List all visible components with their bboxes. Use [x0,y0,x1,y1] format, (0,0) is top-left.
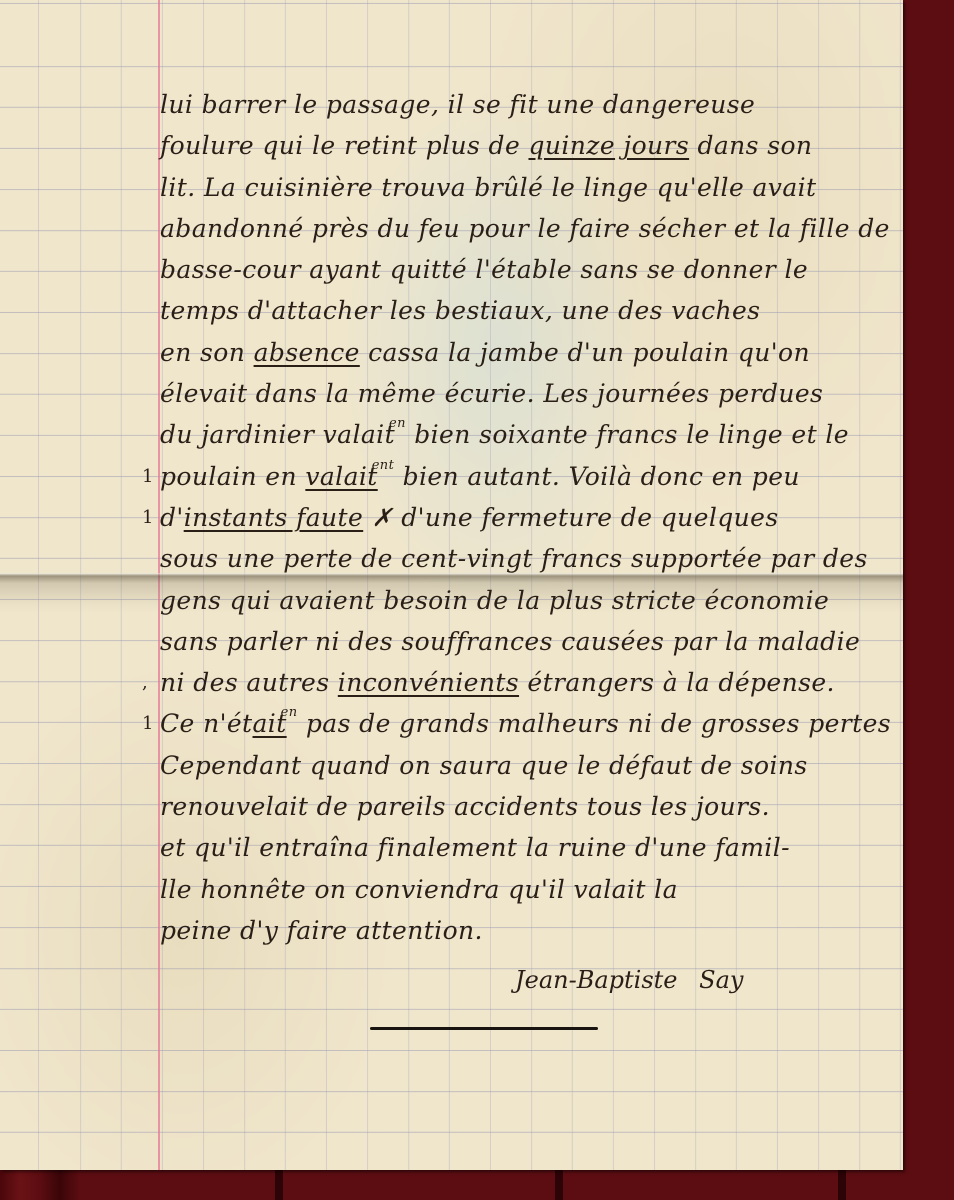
margin-mark: , [142,662,148,703]
line-text: ni des autres [160,668,338,697]
underlined-word: quinze [528,131,615,160]
text-line-10: 1poulain en valaitent bien autant. Voilà… [160,456,900,497]
background-shadow-band [275,1170,283,1200]
closing-rule-line [370,1027,598,1030]
text-line-9: du jardinier valaiten bien soixante fran… [160,414,900,455]
superscript-correction: en [389,416,406,431]
text-line-5: basse-cour ayant quitté l'étable sans se… [160,249,900,290]
background-shadow-band [838,1170,846,1200]
text-line-18: renouvelait de pareils accidents tous le… [160,786,900,827]
line-text: Cependant quand on saura que le défaut d… [160,751,808,780]
line-text: d' [160,503,184,532]
line-text: temps d'attacher les bestiaux, une des v… [160,296,760,325]
text-line-2: foulure qui le retint plus de quinze jou… [160,125,900,166]
underlined-word: inconvénients [338,668,519,697]
text-line-21: peine d'y faire attention. [160,910,900,951]
line-text: poulain en [160,462,305,491]
background-shadow-band [555,1170,563,1200]
text-line-4: abandonné près du feu pour le faire séch… [160,208,900,249]
line-text: élevait dans la même écurie. Les journée… [160,379,823,408]
line-text: ✗ d'une fermeture de quelques [363,503,778,532]
line-text: bien soixante francs le linge et le [406,420,849,449]
line-text: peine d'y faire attention. [160,916,483,945]
notebook-page: lui barrer le passage, il se fit une dan… [0,0,903,1170]
line-text: bien autant. Voilà donc en peu [394,462,800,491]
author-signature: Jean-Baptiste Say [515,966,743,994]
text-line-16: 1Ce n'étaiten pas de grands malheurs ni … [160,703,900,744]
text-line-8: élevait dans la même écurie. Les journée… [160,373,900,414]
line-text: renouvelait de pareils accidents tous le… [160,792,770,821]
text-line-1: lui barrer le passage, il se fit une dan… [160,84,900,125]
underlined-word: instants faute [184,503,364,532]
line-text: pas de grands malheurs ni de grosses per… [298,709,892,738]
margin-mark: 1 [142,456,154,497]
margin-mark: 1 [142,497,154,538]
line-text: basse-cour ayant quitté l'étable sans se… [160,255,808,284]
line-text: et qu'il entraîna finalement la ruine d'… [160,833,790,862]
margin-mark: 1 [142,703,154,744]
line-text: lit. La cuisinière trouva brûlé le linge… [160,173,816,202]
text-line-14: sans parler ni des souffrances causées p… [160,621,900,662]
text-line-13: gens qui avaient besoin de la plus stric… [160,580,900,621]
line-text: lui barrer le passage, il se fit une dan… [160,90,755,119]
text-line-15: ,ni des autres inconvénients étrangers à… [160,662,900,703]
superscript-correction: ent [372,458,395,473]
text-line-3: lit. La cuisinière trouva brûlé le linge… [160,167,900,208]
underlined-word: valait [305,462,377,491]
line-text: sans parler ni des souffrances causées p… [160,627,860,656]
text-line-20: lle honnête on conviendra qu'il valait l… [160,869,900,910]
line-text: sous une perte de cent-vingt francs supp… [160,544,868,573]
handwritten-text: lui barrer le passage, il se fit une dan… [160,84,900,951]
text-line-6: temps d'attacher les bestiaux, une des v… [160,290,900,331]
text-line-17: Cependant quand on saura que le défaut d… [160,745,900,786]
underlined-word: jours [623,131,689,160]
underlined-word: absence [254,338,360,367]
line-text: du jardinier valait [160,420,395,449]
line-text: foulure qui le retint plus de [160,131,528,160]
text-line-11: 1d'instants faute ✗ d'une fermeture de q… [160,497,900,538]
text-line-12: sous une perte de cent-vingt francs supp… [160,538,900,579]
line-text: étrangers à la dépense. [519,668,835,697]
text-line-19: et qu'il entraîna finalement la ruine d'… [160,827,900,868]
line-text: lle honnête on conviendra qu'il valait l… [160,875,678,904]
line-text: gens qui avaient besoin de la plus stric… [160,586,829,615]
line-text: abandonné près du feu pour le faire séch… [160,214,890,243]
line-text: cassa la jambe d'un poulain qu'on [360,338,810,367]
line-text: en son [160,338,254,367]
line-text: Ce n'ét [160,709,253,738]
line-text: dans son [689,131,812,160]
superscript-correction: en [281,705,298,720]
text-line-7: en son absence cassa la jambe d'un poula… [160,332,900,373]
